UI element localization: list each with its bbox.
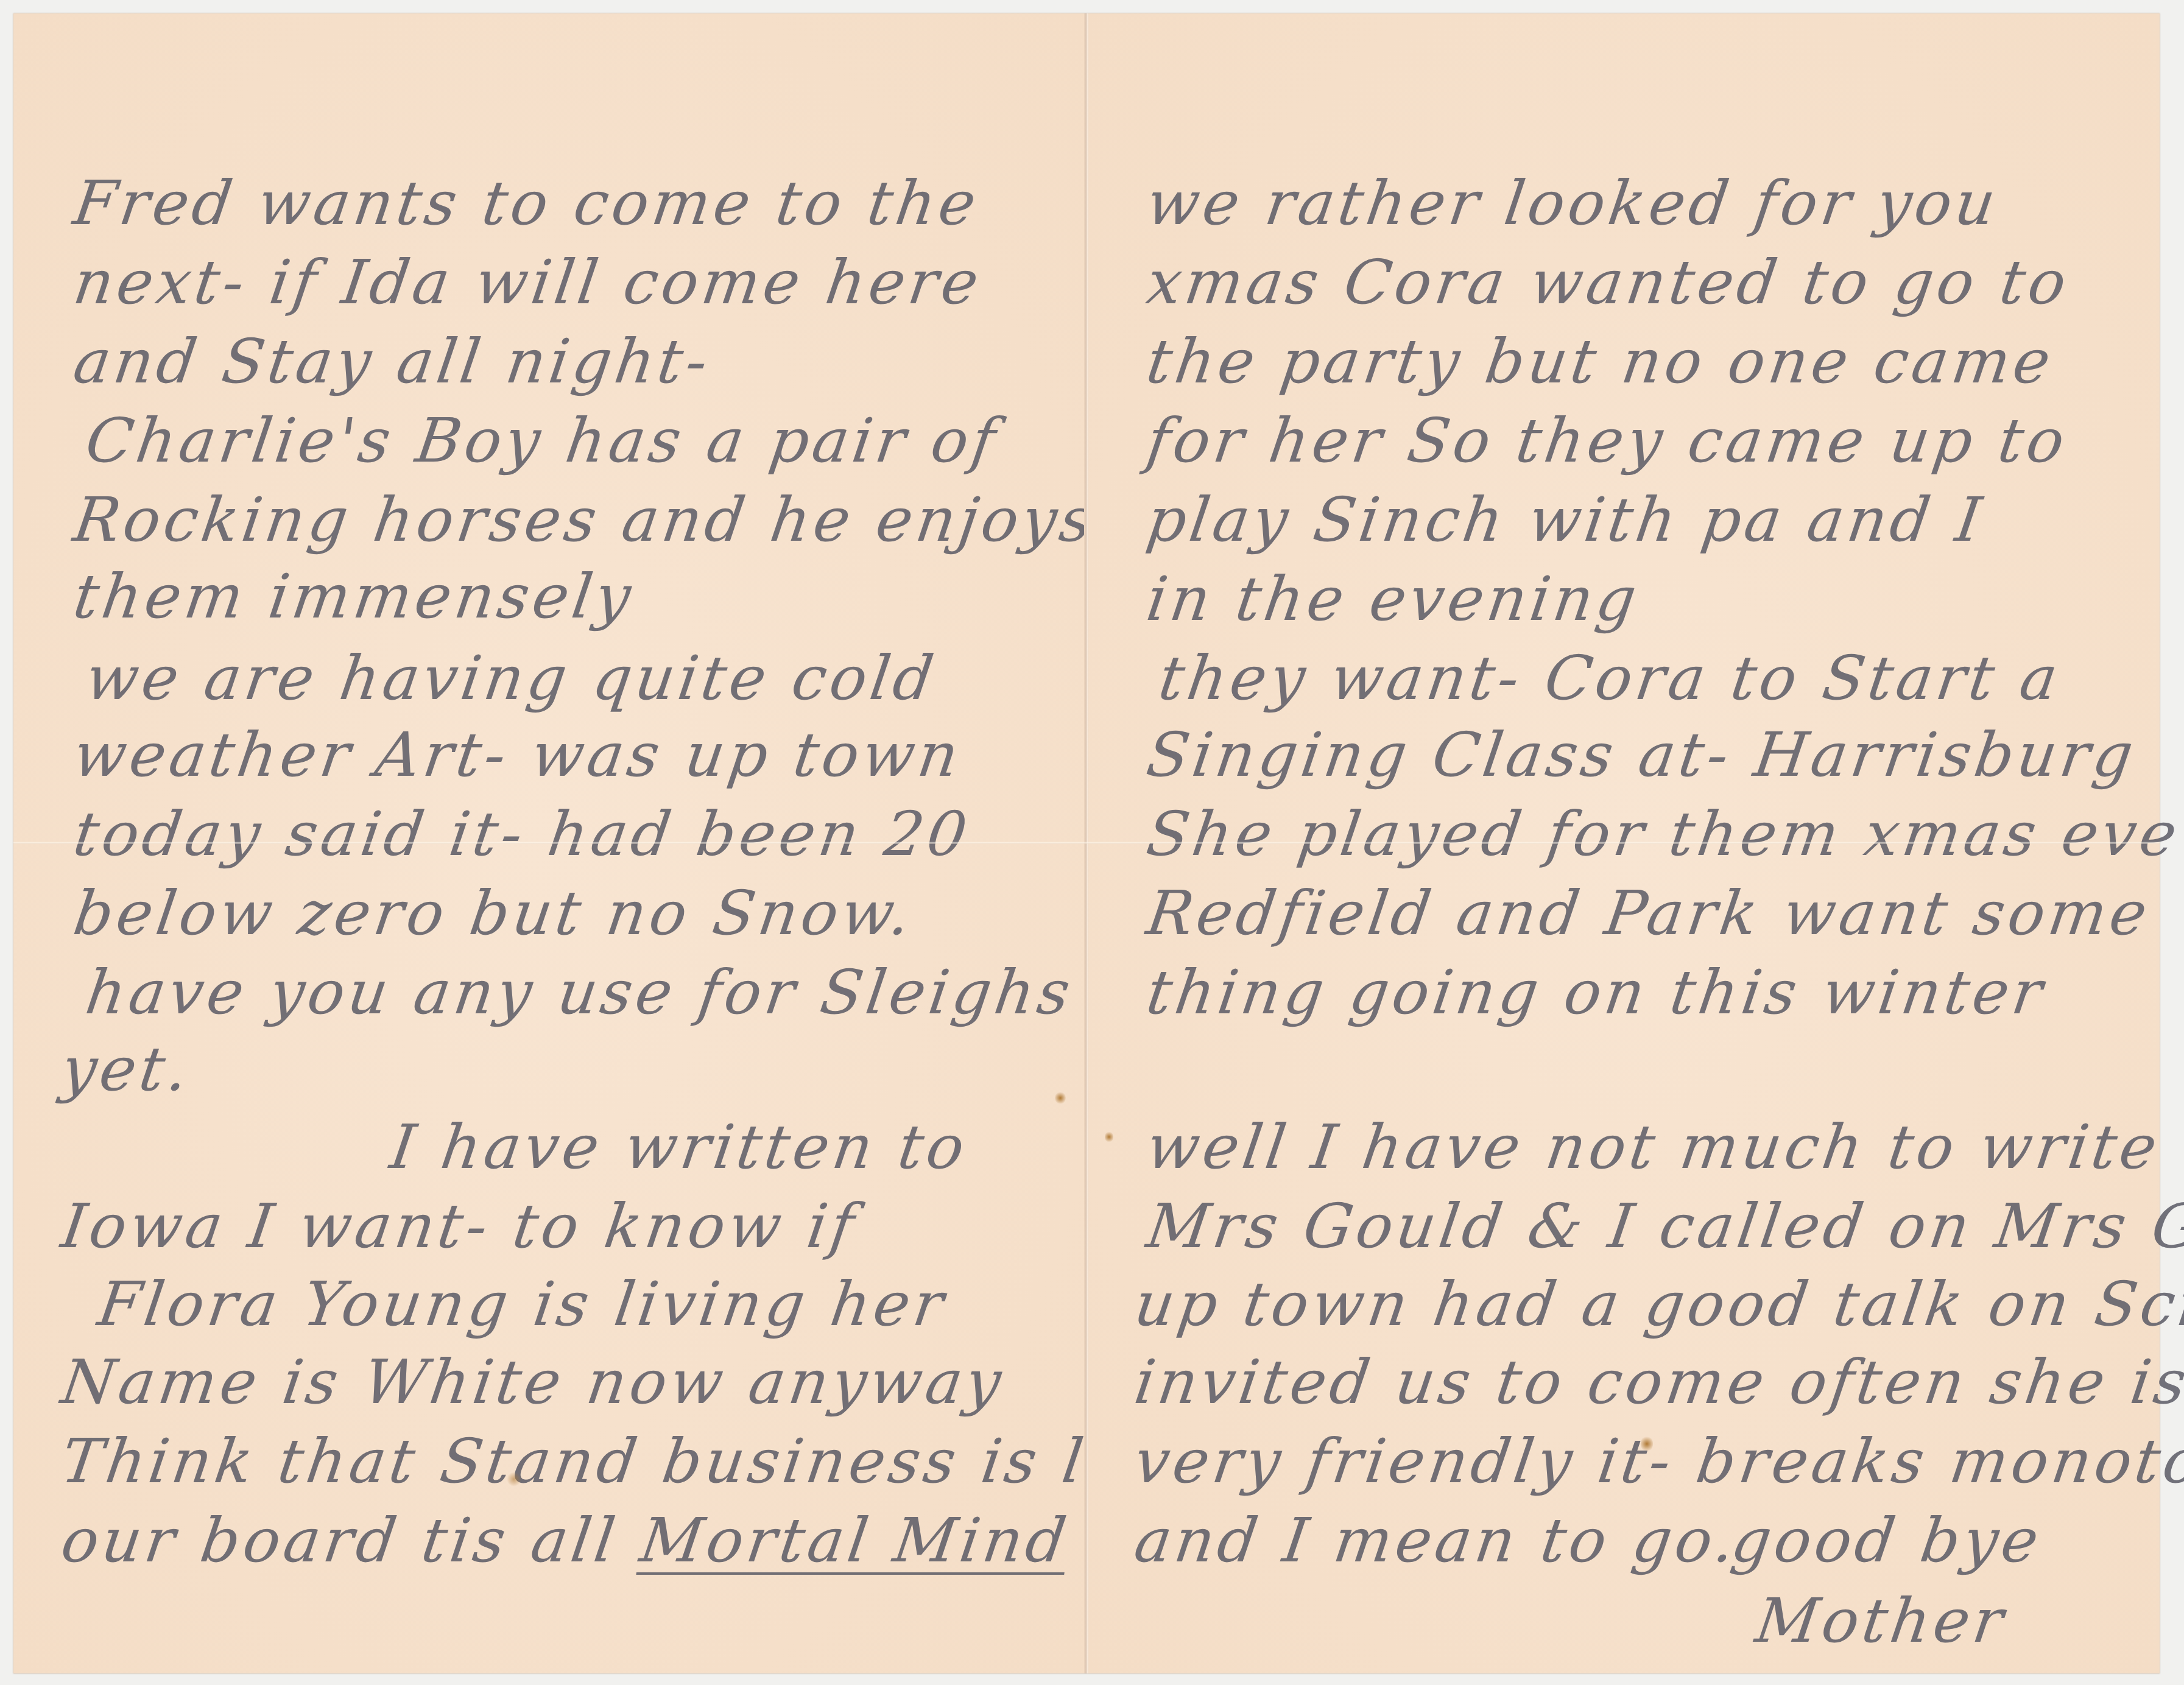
text-line: the party but no one came — [1143, 331, 2058, 392]
text-line: they want- Cora to Start a — [1155, 648, 2065, 709]
text-line: invited us to come often she is — [1131, 1352, 2184, 1413]
paper-stain — [1105, 1131, 1113, 1143]
text-line: thing going on this winter — [1143, 962, 2049, 1023]
underlined-phrase: Mortal Mind — [636, 1505, 1074, 1576]
text-line: up town had a good talk on Science — [1131, 1274, 2184, 1335]
text-line: weather Art- was up town — [70, 725, 966, 786]
text-line: we are having quite cold — [82, 648, 940, 709]
text-line: Charlie's Boy has a pair of — [82, 410, 1002, 471]
text-line: Fred wants to come to the — [70, 173, 983, 234]
text-line: yet. — [58, 1039, 196, 1100]
closing-line: good bye — [1728, 1510, 2046, 1571]
text-line: next- if Ida will come here — [70, 252, 985, 313]
text-line: our board tis all Mortal Mind — [58, 1510, 1073, 1571]
text-line: below zero but no Snow. — [70, 883, 918, 944]
text-line: very friendly it- breaks monotony — [1131, 1431, 2184, 1492]
paper-stain — [507, 1472, 521, 1486]
text-line: play Sinch with pa and I — [1143, 490, 1988, 551]
text-line: them immensely — [70, 566, 638, 627]
text-line: well I have not much to write — [1143, 1117, 2164, 1178]
paper-stain — [1641, 1435, 1653, 1452]
text-line: and I mean to go. — [1131, 1510, 1742, 1571]
text-line: Name is White now anyway — [58, 1352, 1009, 1413]
text-line: Rocking horses and he enjoys — [70, 490, 1099, 551]
text-line: and Stay all night- — [70, 331, 715, 392]
horizontal-crease — [13, 842, 2160, 844]
text-line: Iowa I want- to know if — [58, 1196, 861, 1257]
text-line: She played for them xmas eve — [1143, 804, 2184, 865]
text-line: have you any use for Sleighs — [82, 962, 1077, 1023]
text-line: today said it- had been 20 — [70, 804, 974, 865]
text-line: xmas Cora wanted to go to — [1143, 252, 2073, 313]
signature: Mother — [1752, 1591, 2010, 1652]
text-line: for her So they came up to — [1143, 410, 2072, 471]
text-line: Redfield and Park want some — [1143, 883, 2154, 944]
text-line: we rather looked for you — [1143, 173, 2003, 234]
letter-sheet: Fred wants to come to the next- if Ida w… — [13, 13, 2160, 1673]
text-line: Mrs Gould & I called on Mrs Gregory — [1143, 1196, 2184, 1257]
text-line: Flora Young is living her — [94, 1274, 951, 1335]
text-line: I have written to — [387, 1117, 971, 1178]
text-fragment: our board tis all — [57, 1505, 646, 1576]
text-line: Singing Class at- Harrisburg — [1143, 725, 2140, 786]
text-line: Think that Stand business is like — [58, 1431, 1194, 1492]
text-line: in the evening — [1143, 569, 1643, 630]
paper-stain — [1055, 1091, 1066, 1105]
